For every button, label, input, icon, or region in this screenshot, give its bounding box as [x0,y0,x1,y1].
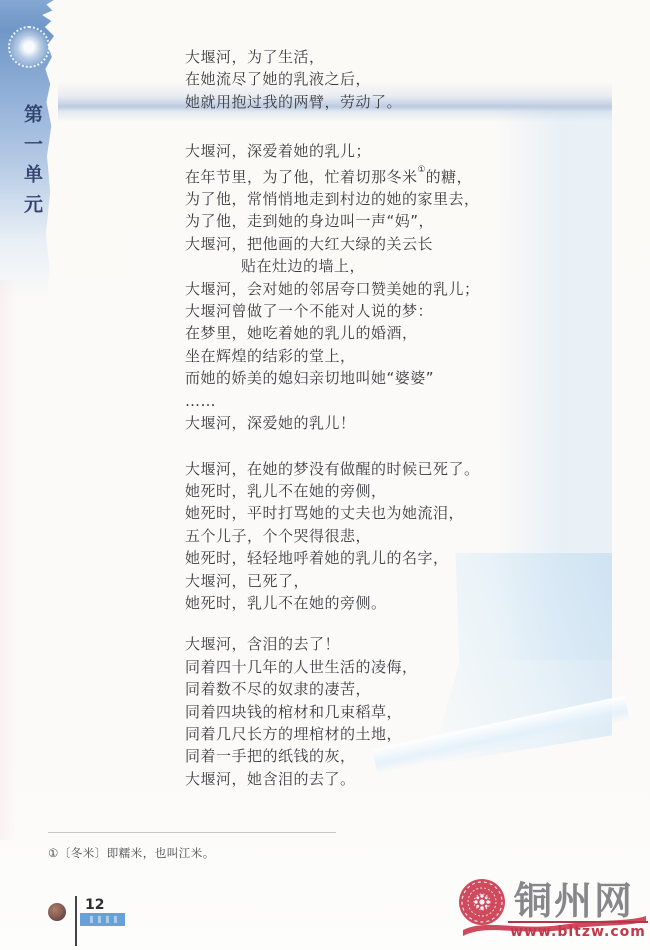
jade-disc-icon [8,26,50,68]
site-watermark: 铜州网 www.bltzw.com [458,876,650,946]
poem-line: 她死时，乳儿不在她的旁侧， [185,480,630,502]
poem-line: 同着几尺长方的埋棺材的土地， [185,723,630,745]
page-number: 12 [85,897,104,913]
footnote-marker: ① [418,165,426,175]
poem-line: 她死时，轻轻地呼着她的乳儿的名字， [185,547,630,569]
footer-divider [75,896,77,946]
poem-line: 大堰河，在她的梦没有做醒的时候已死了。 [185,458,630,480]
watermark-site-url: www.bltzw.com [508,924,648,940]
poem-line: 坐在辉煌的结彩的堂上， [185,345,630,367]
poem-line: 同着四十几年的人世生活的凌侮， [185,656,630,678]
poem-line: 大堰河，为了生活， [185,46,630,68]
poem-line: 同着一手把的纸钱的灰， [185,745,630,767]
watermark-underline [508,921,648,923]
poem-line: …… [185,390,630,412]
poem-line: 大堰河曾做了一个不能对人说的梦： [185,300,630,322]
poem-line: 在她流尽了她的乳液之后， [185,68,630,90]
left-edge-tint [0,280,16,840]
poem-line: 为了他，走到她的身边叫一声“妈”， [185,210,630,232]
poem-line: 同着数不尽的奴隶的凄苦， [185,678,630,700]
poem-line: 她死时，平时打骂她的丈夫也为她流泪， [185,502,630,524]
poem-line: 在年节里，为了他，忙着切那冬米①的糖， [185,163,630,188]
textbook-page: 第一单元 大堰河，为了生活，在她流尽了她的乳液之后，她就用抱过我的两臂，劳动了。… [0,0,650,950]
poem-line: 大堰河，含泪的去了！ [185,633,630,655]
poem-line: 大堰河，把他画的大红大绿的关云长 [185,233,630,255]
poem-line: 大堰河，她含泪的去了。 [185,768,630,790]
poem-stanza: 大堰河，深爱着她的乳儿；在年节里，为了他，忙着切那冬米①的糖，为了他，常悄悄地走… [185,140,630,434]
poem-line: 她死时，乳儿不在她的旁侧。 [185,592,630,614]
poem-stanza: 大堰河，为了生活，在她流尽了她的乳液之后，她就用抱过我的两臂，劳动了。 [185,46,630,113]
poem-line: 大堰河，已死了， [185,570,630,592]
unit-title: 第一单元 [19,104,46,224]
poem-stanza: 大堰河，含泪的去了！同着四十几年的人世生活的凌侮，同着数不尽的奴隶的凄苦，同着四… [185,633,630,790]
poem-line: 大堰河，会对她的邻居夸口赞美她的乳儿； [185,278,630,300]
poem-line: 大堰河，深爱着她的乳儿； [185,140,630,162]
book-title-badge [80,913,125,926]
poem-line: 同着四块钱的棺材和几束稻草， [185,701,630,723]
poem-line: 五个儿子，个个哭得很悲， [185,525,630,547]
poem-line: 而她的娇美的媳妇亲切地叫她“婆婆” [185,367,630,389]
poem-line: 贴在灶边的墙上， [185,255,630,277]
poem-text: 大堰河，为了生活，在她流尽了她的乳液之后，她就用抱过我的两臂，劳动了。大堰河，深… [185,46,630,813]
poem-line: 为了他，常悄悄地走到村边的她的家里去， [185,188,630,210]
poem-stanza: 大堰河，在她的梦没有做醒的时候已死了。她死时，乳儿不在她的旁侧，她死时，平时打骂… [185,458,630,615]
poem-line: 在梦里，她吃着她的乳儿的婚酒， [185,322,630,344]
poem-line: 大堰河，深爱她的乳儿！ [185,412,630,434]
poem-line: 她就用抱过我的两臂，劳动了。 [185,91,630,113]
footnote-divider [48,832,336,833]
pebble-icon [48,903,66,921]
footnote-text: ①〔冬米〕即糯米，也叫江米。 [48,845,215,861]
